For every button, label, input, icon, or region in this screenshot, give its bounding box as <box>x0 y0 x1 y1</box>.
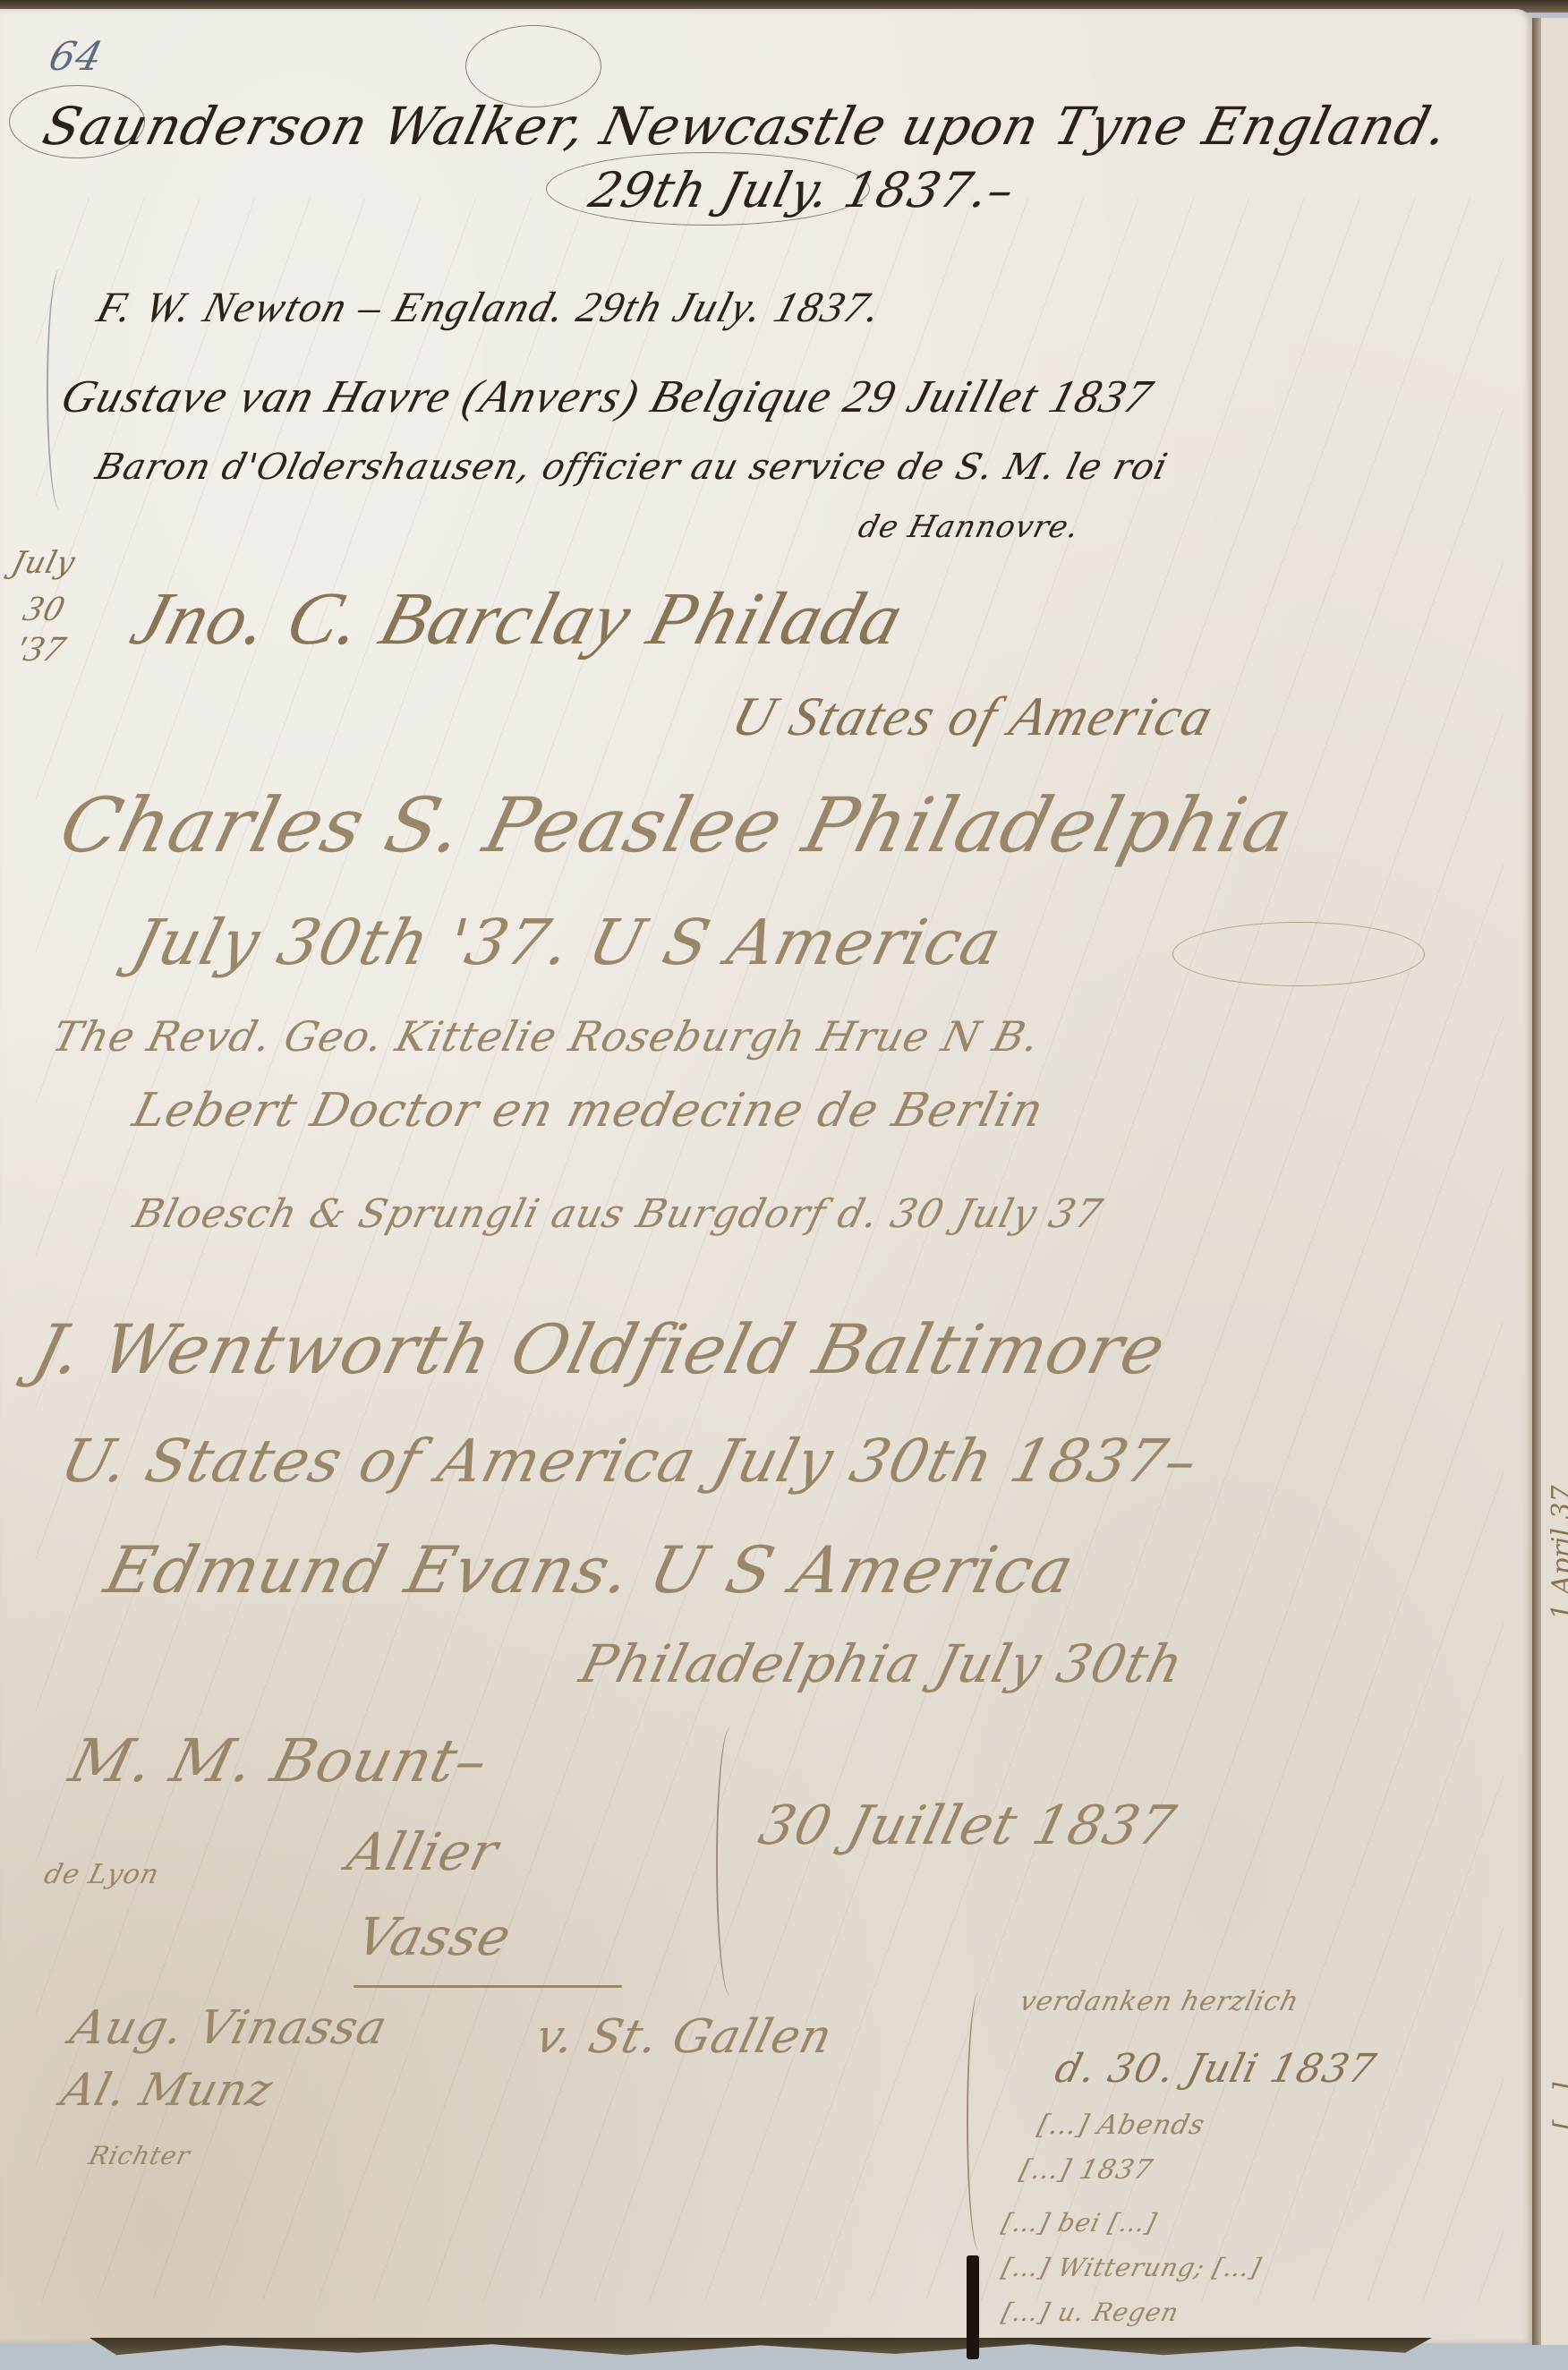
margin-date-month: July <box>9 548 79 578</box>
margin-date-year: '37 <box>11 631 70 667</box>
entry-swiss-name-1: Aug. Vinassa <box>66 2005 392 2051</box>
entry-lyon-date: 30 Juillet 1837 <box>754 1799 1181 1853</box>
entry-kittelie: The Revd. Geo. Kittelie Roseburgh Hrue N… <box>48 1016 1044 1057</box>
entry-van-havre: Gustave van Havre (Anvers) Belgique 29 J… <box>56 374 1158 421</box>
entry-saunderson-walker-line-1: Saunderson Walker, Newcastle upon Tyne E… <box>38 100 1453 152</box>
book-gutter <box>1532 18 1541 2345</box>
entry-swiss-note-7: […] u. Regen <box>1000 2300 1182 2325</box>
entry-lyon-label: de Lyon <box>41 1862 162 1888</box>
entry-swiss-name-2: Al. Munz <box>57 2067 277 2112</box>
entry-swiss-note-1: verdanken herzlich <box>1017 1989 1301 2016</box>
entry-oldershausen-line-1: Baron d'Oldershausen, officier au servic… <box>92 449 1172 485</box>
entry-swiss-note-3: […] Abends <box>1035 2112 1207 2139</box>
entry-peaslee-line-2: July 30th '37. U S America <box>126 911 1008 974</box>
entry-lebert-line-1: Lebert Doctor en medecine de Berlin <box>129 1087 1049 1134</box>
entry-barclay-line-1: Jno. C. Barclay Philada <box>124 582 912 657</box>
adjacent-page-edge <box>1541 18 1568 2345</box>
ink-bracket <box>967 1991 992 2251</box>
ink-blot <box>967 2255 979 2359</box>
separator-rule <box>354 1985 622 1988</box>
entry-lyon-name-1: M. M. Bount– <box>64 1732 494 1791</box>
adjacent-page-margin-text-1: 1 April 37 <box>1547 1485 1568 1620</box>
ink-bracket <box>716 1727 745 1996</box>
entry-swiss-note-6: […] Witterung; […] <box>1000 2255 1265 2280</box>
entry-swiss-note-2: d. 30. Juli 1837 <box>1052 2050 1380 2089</box>
entry-lyon-name-3: Vasse <box>352 1911 516 1963</box>
entry-lebert-line-2: Bloesch & Sprungli aus Burgdorf d. 30 Ju… <box>130 1195 1107 1234</box>
entry-swiss-note-5: […] bei […] <box>1000 2211 1160 2236</box>
entry-newton: F. W. Newton – England. 29th July. 1837. <box>92 286 887 329</box>
entry-swiss-note-4: […] 1837 <box>1017 2157 1155 2184</box>
torn-bottom-edge <box>89 2338 1432 2359</box>
entry-swiss-name-3: Richter <box>87 2144 193 2169</box>
entry-evans-line-2: Philadelphia July 30th <box>575 1638 1189 1690</box>
page-number: 64 <box>46 38 107 77</box>
manuscript-scan: 64 Saunderson Walker, Newcastle upon Tyn… <box>0 0 1568 2370</box>
entry-evans-line-1: Edmund Evans. U S America <box>99 1538 1080 1602</box>
entry-peaslee-line-1: Charles S. Peaslee Philadelphia <box>54 788 1300 863</box>
flourish-decoration <box>1172 922 1425 986</box>
entry-barclay-line-2: U States of America <box>726 689 1220 745</box>
entry-oldfield-line-1: J. Wentworth Oldfield Baltimore <box>28 1316 1172 1384</box>
adjacent-page-margin-text-2: […] <box>1548 2083 1568 2130</box>
register-page <box>0 9 1532 2343</box>
entry-saunderson-walker-line-2: 29th July. 1837.– <box>584 166 1019 215</box>
entry-swiss-origin: v. St. Gallen <box>532 2014 838 2060</box>
entry-oldfield-line-2: U. States of America July 30th 1837– <box>55 1432 1204 1491</box>
entry-oldershausen-line-2: de Hannovre. <box>856 512 1083 542</box>
entry-lyon-name-2: Allier <box>343 1826 504 1878</box>
